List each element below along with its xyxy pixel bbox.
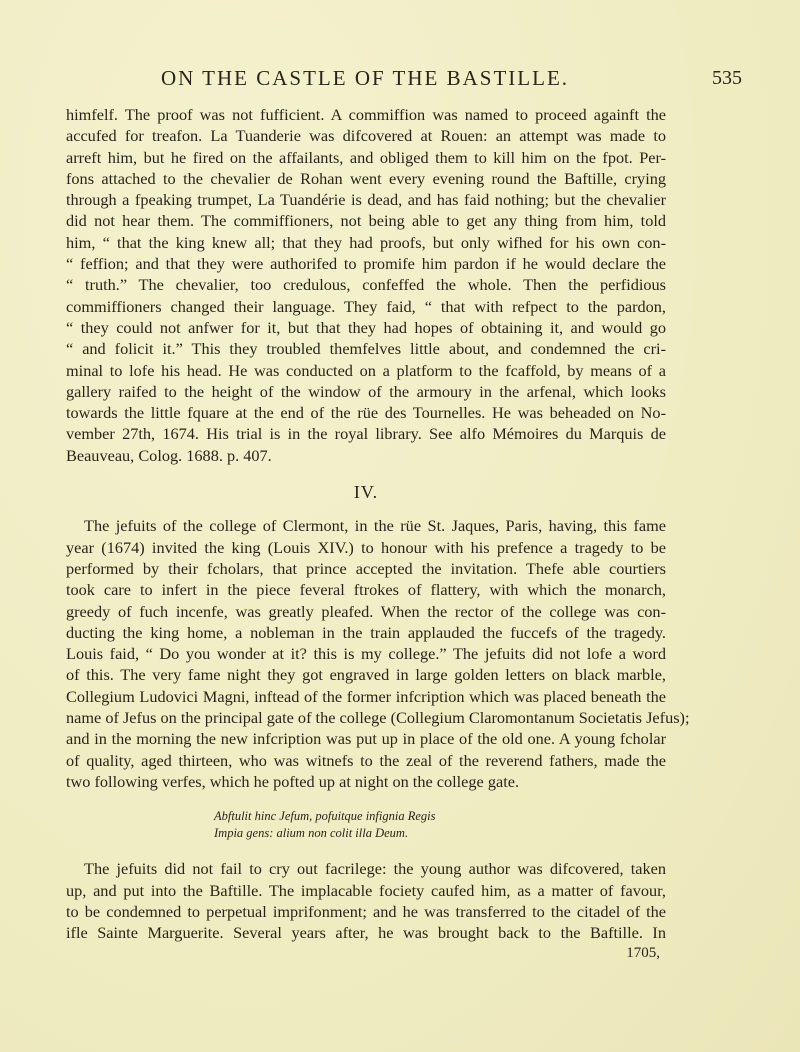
text-line: “ truth.” The chevalier, too credulous, …: [66, 274, 666, 295]
text-line: greedy of fuch incenfe, was greatly plea…: [66, 601, 666, 622]
text-line: himfelf. The proof was not fufficient. A…: [66, 104, 666, 125]
text-line: gallery raifed to the height of the wind…: [66, 381, 666, 402]
text-line: ifle Sainte Marguerite. Several years af…: [66, 922, 666, 943]
section-heading: IV.: [66, 482, 666, 503]
body-text: himfelf. The proof was not fufficient. A…: [66, 104, 666, 965]
text-line: to be condemned to perpetual imprifonmen…: [66, 901, 666, 922]
text-line: name of Jefus on the principal gate of t…: [66, 707, 666, 728]
page-number: 535: [712, 67, 742, 90]
text-line: The jefuits of the college of Clermont, …: [66, 515, 666, 536]
text-line: vember 27th, 1674. His trial is in the r…: [66, 423, 666, 444]
text-line: did not hear them. The commiffioners, no…: [66, 210, 666, 231]
text-line: took care to infert in the piece feveral…: [66, 579, 666, 600]
text-line: of this. The very fame night they got en…: [66, 664, 666, 685]
text-line: fons attached to the chevalier de Rohan …: [66, 168, 666, 189]
running-head: ON THE CASTLE OF THE BASTILLE. 535: [0, 66, 800, 96]
text-line: of quality, aged thirteen, who was witne…: [66, 750, 666, 771]
verse-line: Abftulit hinc Jefum, pofuitque infignia …: [214, 808, 666, 825]
text-line: up, and put into the Baftille. The impla…: [66, 880, 666, 901]
text-line: “ feffion; and that they were authorifed…: [66, 253, 666, 274]
text-line: arreft him, but he fired on the affailan…: [66, 147, 666, 168]
text-line: “ they could not anfwer for it, but that…: [66, 317, 666, 338]
paragraph-2: The jefuits of the college of Clermont, …: [66, 515, 666, 792]
text-line: The jefuits did not fail to cry out facr…: [66, 858, 666, 879]
text-line: commiffioners changed their language. Th…: [66, 296, 666, 317]
verse-block: Abftulit hinc Jefum, pofuitque infignia …: [214, 808, 666, 842]
paragraph-3: The jefuits did not fail to cry out facr…: [66, 858, 666, 943]
text-line: Collegium Ludovici Magni, inftead of the…: [66, 686, 666, 707]
catchword: 1705,: [66, 943, 666, 964]
text-line: “ and folicit it.” This they troubled th…: [66, 338, 666, 359]
paragraph-1: himfelf. The proof was not fufficient. A…: [66, 104, 666, 466]
text-line: Beauveau, Colog. 1688. p. 407.: [66, 445, 666, 466]
text-line: two following verfes, which he pofted up…: [66, 771, 666, 792]
text-line: Louis faid, “ Do you wonder at it? this …: [66, 643, 666, 664]
text-line: minal to lofe his head. He was conducted…: [66, 360, 666, 381]
text-line: ducting the king home, a nobleman in the…: [66, 622, 666, 643]
text-line: through a fpeaking trumpet, La Tuandérie…: [66, 189, 666, 210]
running-title: ON THE CASTLE OF THE BASTILLE.: [155, 66, 575, 91]
text-line: and in the morning the new infcription w…: [66, 728, 666, 749]
text-line: accufed for treafon. La Tuanderie was di…: [66, 125, 666, 146]
text-line: towards the little fquare at the end of …: [66, 402, 666, 423]
text-line: year (1674) invited the king (Louis XIV.…: [66, 537, 666, 558]
text-line: him, “ that the king knew all; that they…: [66, 232, 666, 253]
text-line: performed by their fcholars, that prince…: [66, 558, 666, 579]
verse-line: Impia gens: alium non colit illa Deum.: [214, 825, 666, 842]
